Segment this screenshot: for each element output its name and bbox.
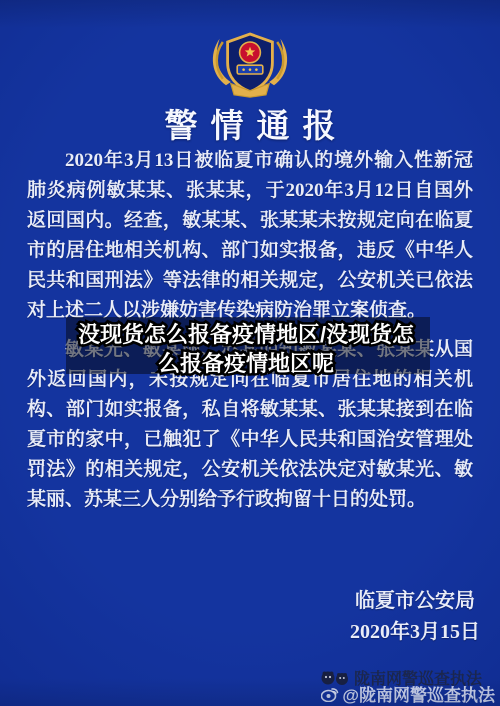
police-emblem-icon <box>200 26 300 98</box>
bulletin-paragraph-1: 2020年3月13日被临夏市确认的境外输入性新冠肺炎病例敏某某、张某某，于202… <box>27 146 473 326</box>
signature-agency: 临夏市公安局 <box>350 586 480 617</box>
caption-overlay-text: 没现货怎么报备疫情地区/没现货怎么报备疫情地区呢 <box>70 320 422 378</box>
police-bulletin-poster: 警情通报 2020年3月13日被临夏市确认的境外输入性新冠肺炎病例敏某某、张某某… <box>0 0 500 706</box>
watermark-light: @陇南网警巡查执法 <box>321 681 495 706</box>
signature-block: 临夏市公安局 2020年3月15日 <box>350 586 480 648</box>
bulletin-title: 警情通报 <box>0 100 500 147</box>
watermark-light-label: @陇南网警巡查执法 <box>342 681 495 706</box>
weibo-icon <box>321 686 339 702</box>
signature-date: 2020年3月15日 <box>350 617 480 648</box>
